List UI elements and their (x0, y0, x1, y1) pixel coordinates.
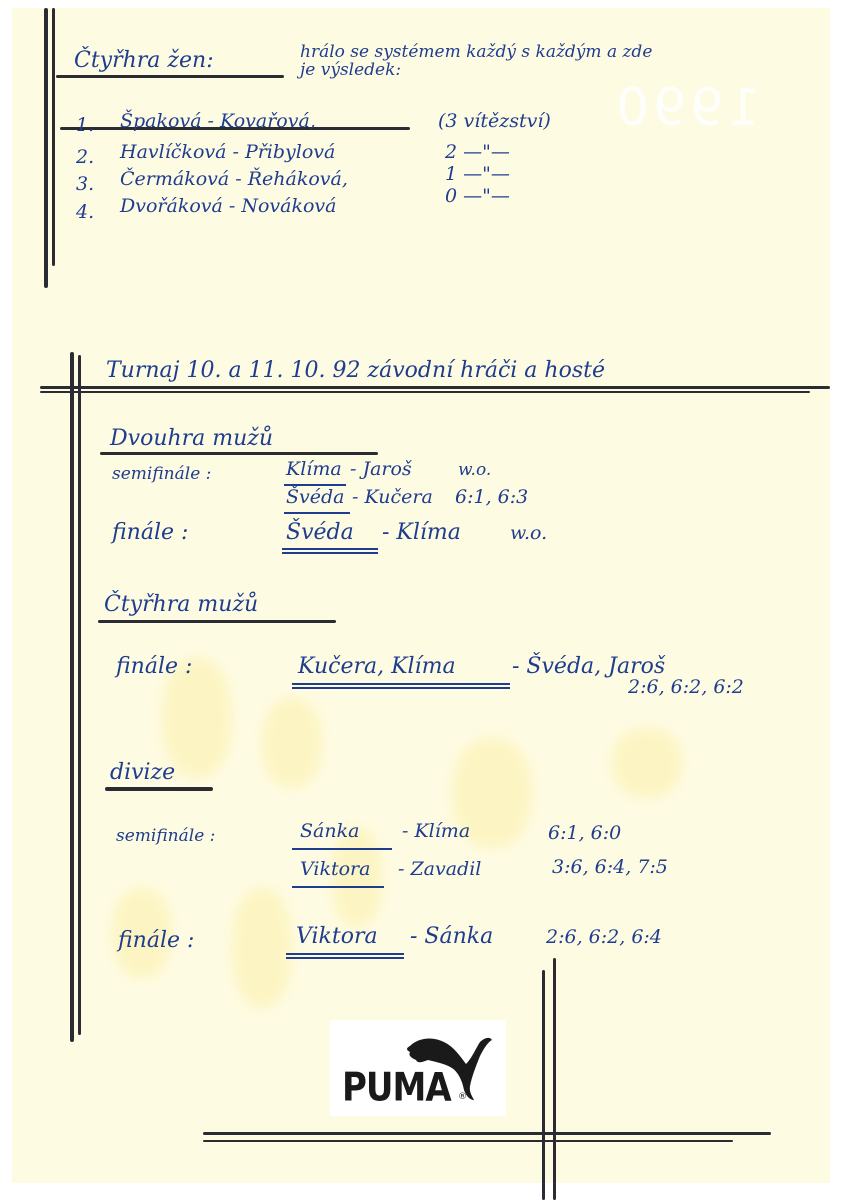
section-title-mens-singles: Dvouhra mužů (110, 428, 273, 450)
section-title-womens-doubles: Čtyřhra žen: (74, 50, 214, 72)
standing-wins: (3 vítězství) (438, 112, 551, 131)
match-winner: Kučera, Klíma (298, 656, 456, 678)
watermark: 1990 (612, 78, 760, 138)
match-loser: - Kučera (352, 488, 433, 507)
match-winner: Švéda (286, 522, 354, 544)
stain (232, 888, 292, 1008)
winner-underline (292, 848, 392, 850)
frame-line (542, 970, 545, 1200)
match-score: w.o. (510, 524, 547, 543)
standing-rank: 2. (76, 148, 94, 167)
match-score: 2:6, 6:2, 6:4 (546, 928, 662, 947)
frame-line (52, 8, 55, 266)
standing-rank: 3. (76, 175, 94, 194)
match-score: w.o. (458, 462, 491, 479)
standing-wins: 1 —"— (445, 165, 510, 184)
section-title-division: divize (110, 762, 175, 784)
registered-mark: ® (458, 1092, 467, 1102)
section-underline (105, 787, 213, 791)
winner-underline (282, 548, 378, 554)
match-winner: Sánka (300, 822, 359, 841)
match-winner: Viktora (300, 860, 370, 879)
section-underline (98, 620, 336, 623)
frame-line (70, 352, 74, 1042)
winner-underline (292, 886, 384, 888)
match-score: 2:6, 6:2, 6:2 (628, 678, 744, 697)
standing-pair: Dvořáková - Nováková (120, 197, 336, 216)
final-label: finále : (116, 656, 192, 678)
note-line-2: je výsledek: (300, 62, 401, 79)
standing-wins: 2 —"— (445, 143, 510, 162)
section-title-mens-doubles: Čtyřhra mužů (104, 594, 258, 616)
header-rule (40, 386, 830, 389)
standing-wins: 0 —"— (445, 187, 510, 206)
header-rule (40, 391, 810, 393)
match-winner: Klíma (286, 460, 342, 479)
frame-line (553, 958, 556, 1200)
standing-pair: Havlíčková - Přibylová (120, 143, 335, 162)
tournament-header: Turnaj 10. a 11. 10. 92 závodní hráči a … (106, 360, 605, 382)
standing-pair: Čermáková - Řeháková, (120, 170, 348, 189)
match-loser: - Klíma (402, 822, 470, 841)
match-winner: Švéda (286, 488, 344, 507)
winner-underline (284, 512, 350, 514)
match-loser: - Klíma (382, 522, 461, 544)
stain (262, 698, 322, 788)
stain (612, 728, 682, 798)
standing-rank: 1. (76, 116, 94, 135)
winner-underline (286, 953, 404, 959)
puma-logo: PUMA ® (330, 1020, 506, 1116)
standing-pair: Špaková - Kovařová, (120, 112, 316, 131)
semifinal-label: semifinále : (116, 828, 215, 845)
match-score: 3:6, 6:4, 7:5 (552, 858, 668, 877)
bottom-rule (203, 1132, 771, 1135)
note-line-1: hrálo se systémem každý s každým a zde (300, 44, 652, 61)
frame-line (44, 8, 48, 288)
match-loser: - Zavadil (398, 860, 481, 879)
winner-underline (292, 683, 510, 689)
section-underline (100, 452, 378, 455)
final-label: finále : (112, 522, 188, 544)
title-underline (56, 75, 284, 78)
brand-wordmark: PUMA (342, 1065, 451, 1111)
standing-rank: 4. (76, 203, 94, 222)
frame-line (78, 355, 81, 1035)
bottom-rule (203, 1140, 733, 1142)
match-loser: - Sánka (410, 926, 493, 948)
semifinal-label: semifinále : (112, 466, 211, 483)
final-label: finále : (118, 930, 194, 952)
match-loser: - Švéda, Jaroš (512, 656, 665, 678)
match-loser: - Jaroš (350, 460, 412, 479)
match-score: 6:1, 6:3 (455, 488, 528, 507)
match-winner: Viktora (296, 926, 378, 948)
match-score: 6:1, 6:0 (548, 824, 621, 843)
